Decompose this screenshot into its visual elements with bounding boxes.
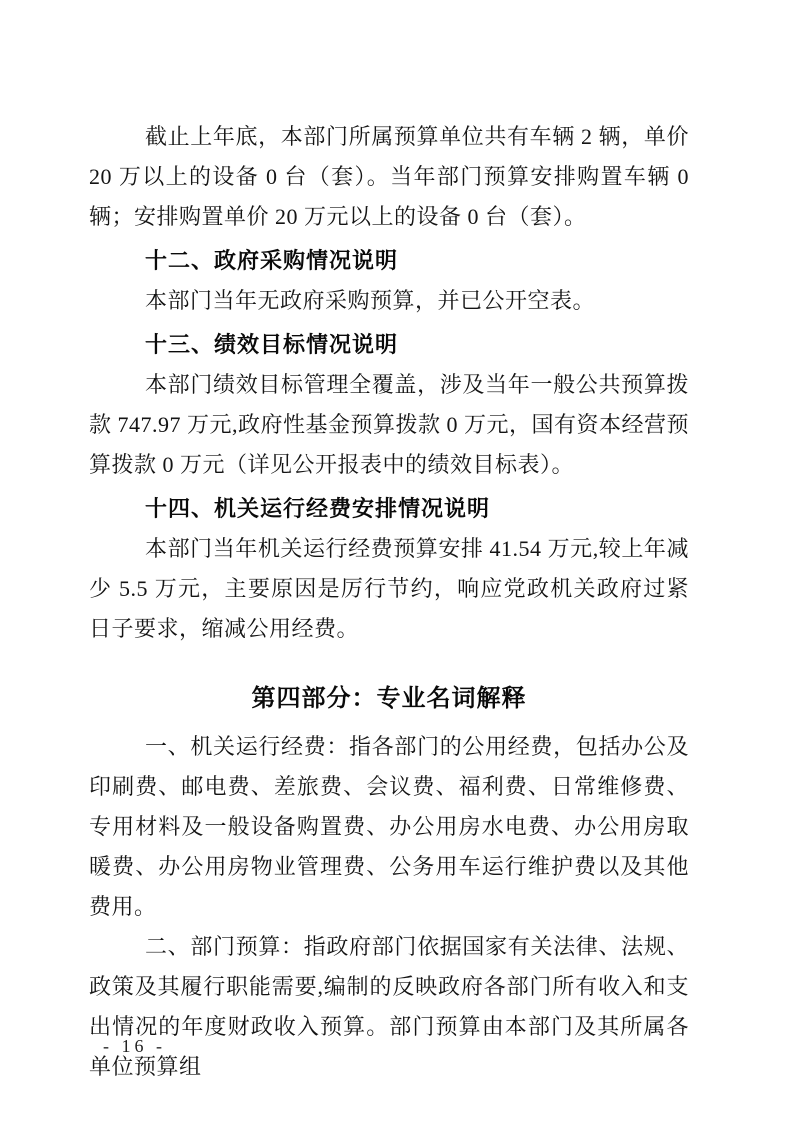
- heading-12-government-procurement: 十二、政府采购情况说明: [89, 241, 689, 281]
- heading-14-operating-expenses: 十四、机关运行经费安排情况说明: [89, 489, 689, 529]
- paragraph-term-1-operating-funds: 一、机关运行经费：指各部门的公用经费，包括办公及印刷费、邮电费、差旅费、会议费、…: [89, 727, 689, 927]
- paragraph-vehicles-equipment: 截止上年底，本部门所属预算单位共有车辆 2 辆，单价 20 万以上的设备 0 台…: [89, 117, 689, 237]
- heading-13-performance-targets: 十三、绩效目标情况说明: [89, 325, 689, 365]
- paragraph-performance-target-coverage: 本部门绩效目标管理全覆盖，涉及当年一般公共预算拨款 747.97 万元,政府性基…: [89, 365, 689, 485]
- document-body: 截止上年底，本部门所属预算单位共有车辆 2 辆，单价 20 万以上的设备 0 台…: [89, 117, 689, 1087]
- section-title-part-four-glossary: 第四部分：专业名词解释: [89, 679, 689, 719]
- paragraph-no-procurement-budget: 本部门当年无政府采购预算，并已公开空表。: [89, 281, 689, 321]
- page-number: - 16 -: [103, 1036, 166, 1057]
- document-page: 截止上年底，本部门所属预算单位共有车辆 2 辆，单价 20 万以上的设备 0 台…: [0, 0, 793, 1122]
- paragraph-operating-expense-budget: 本部门当年机关运行经费预算安排 41.54 万元,较上年减少 5.5 万元，主要…: [89, 529, 689, 649]
- paragraph-term-2-department-budget: 二、部门预算：指政府部门依据国家有关法律、法规、政策及其履行职能需要,编制的反映…: [89, 927, 689, 1087]
